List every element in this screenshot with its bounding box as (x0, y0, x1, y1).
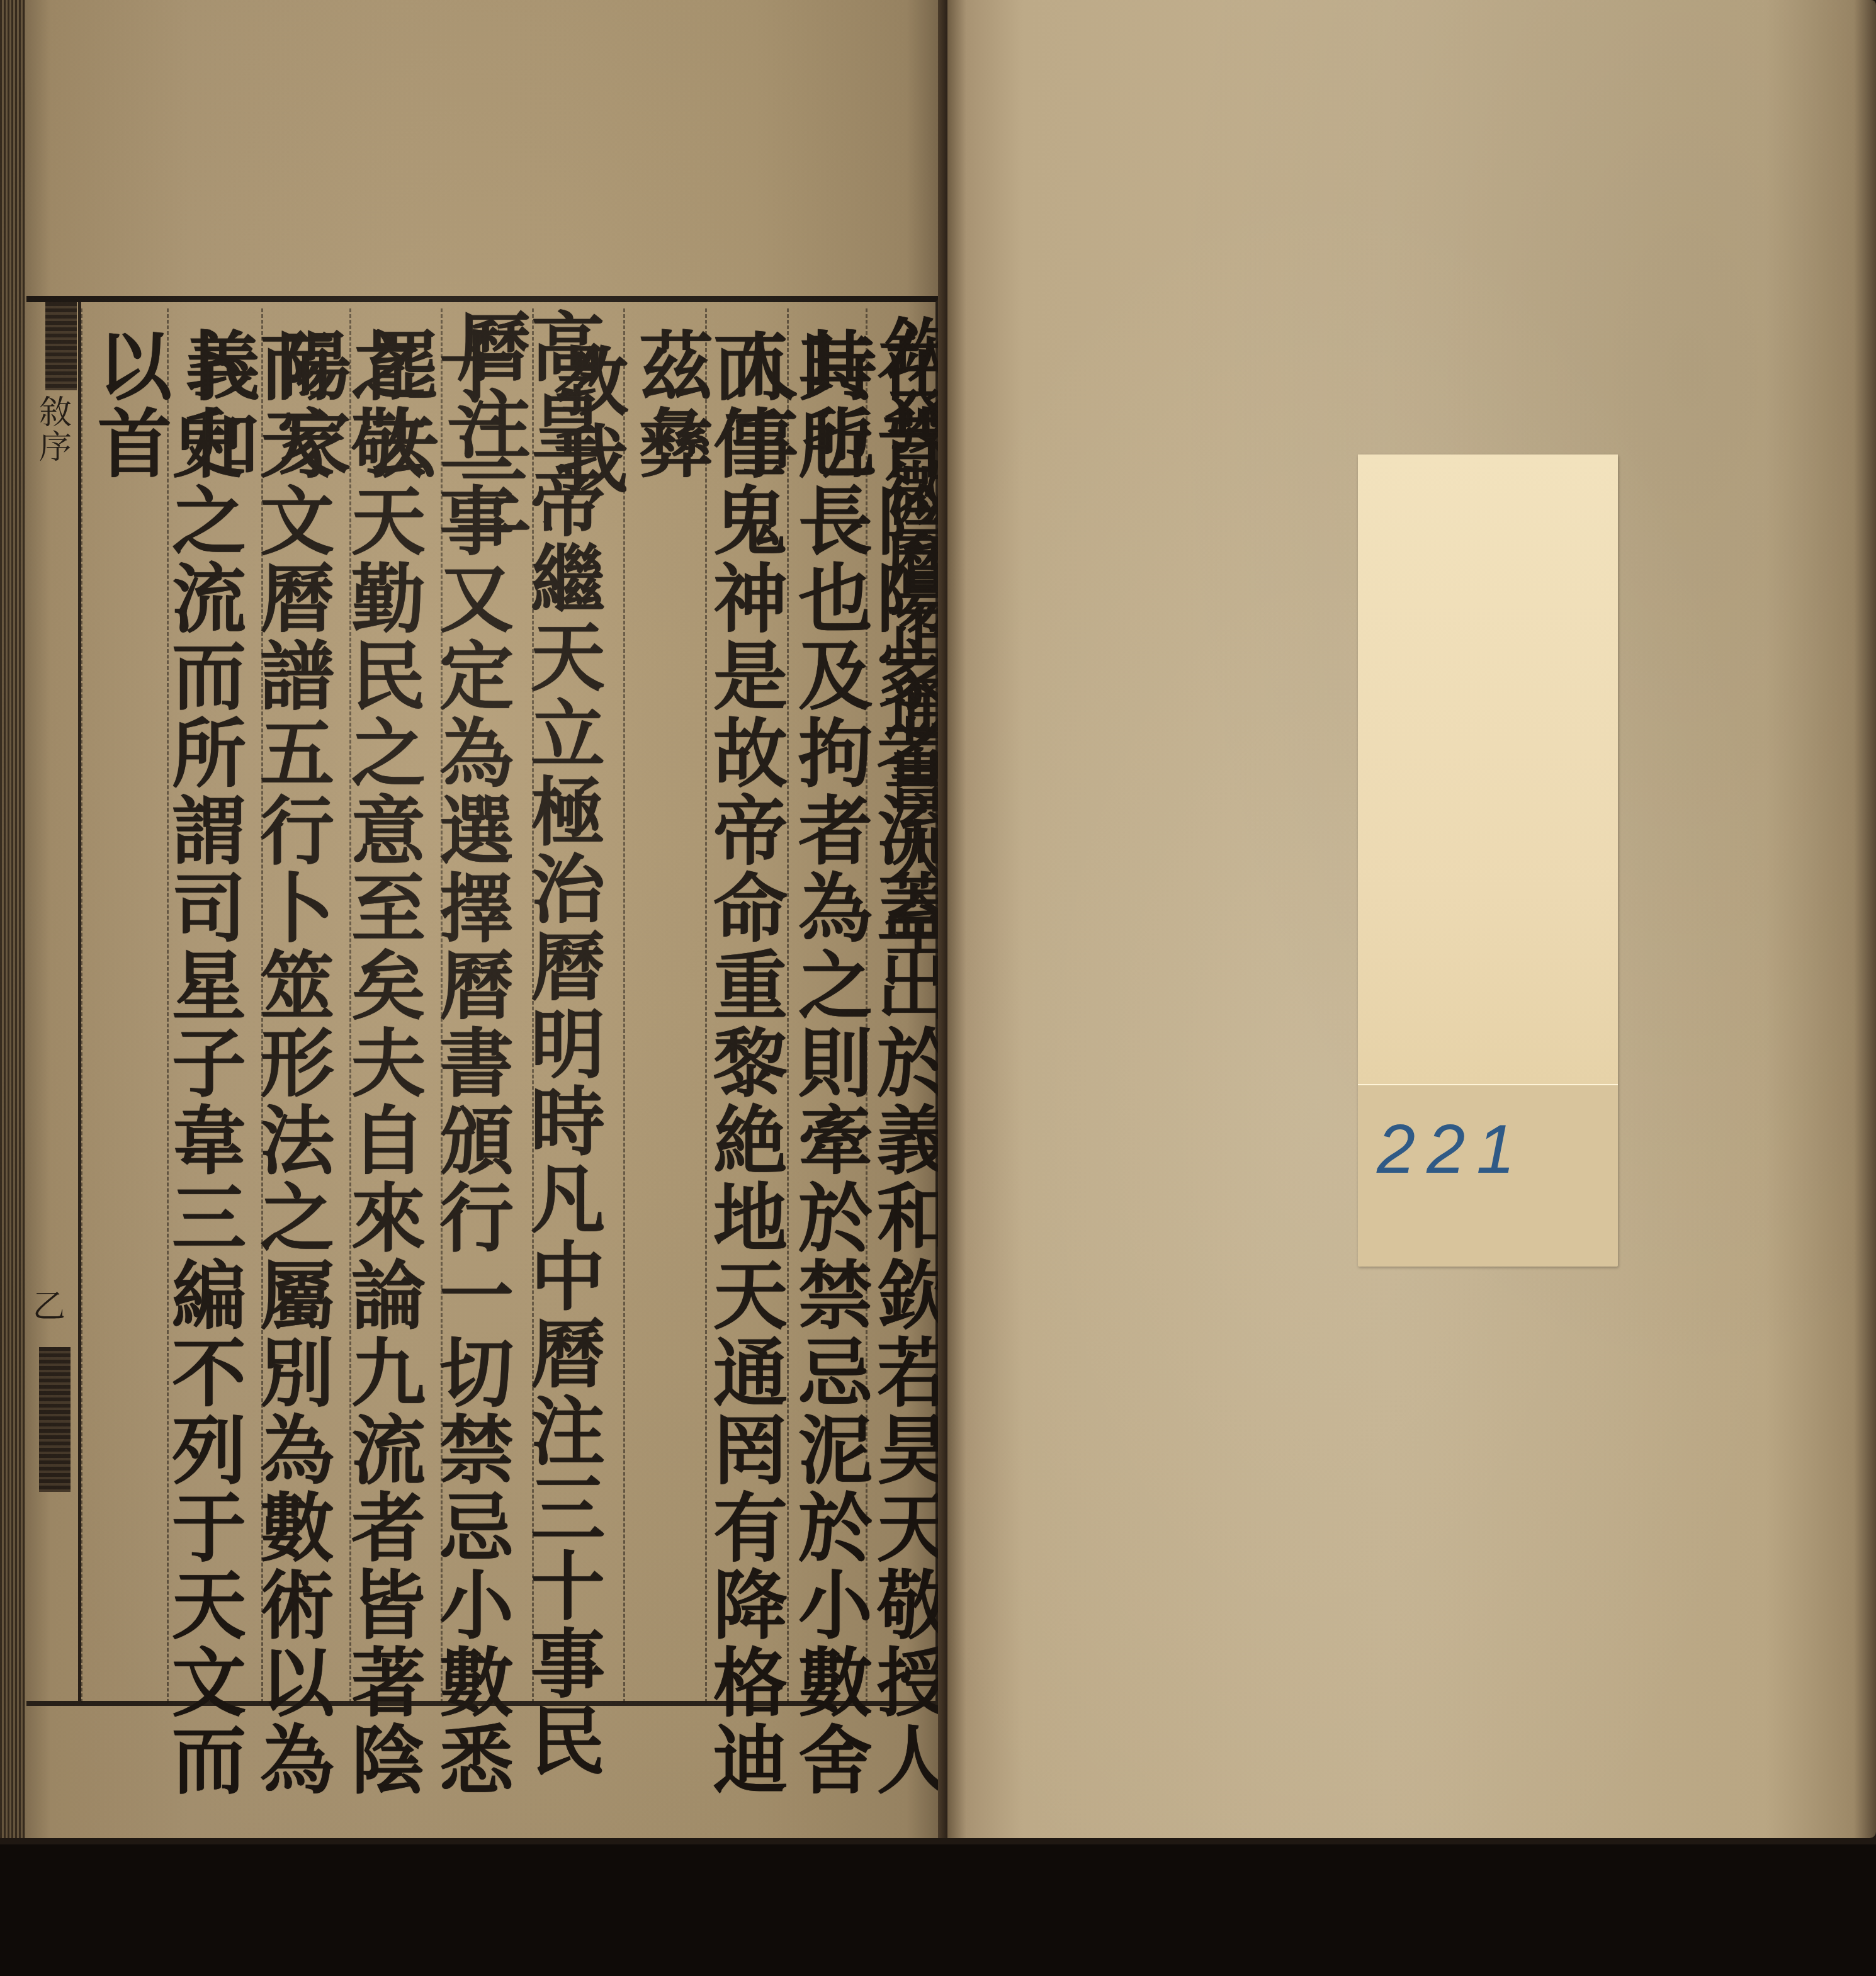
text-column-6: 十二事又定為選擇曆書頒行一切禁忌小數悉罷去 (359, 327, 507, 1838)
column-rule (787, 308, 789, 1703)
section-mark: 序 (39, 431, 72, 464)
page-edge-stack (0, 0, 25, 1838)
text-column-3: 而任鬼神是故帝命重黎絶地天通罔有降格迪茲彝 (633, 327, 781, 1838)
text-column-5: 高皇帝繼天立極治曆明時凡中曆注三十事民曆注三 (450, 308, 599, 1838)
column-rule (261, 308, 263, 1703)
printed-frame (26, 296, 941, 1706)
column-rule (441, 308, 443, 1703)
leaf-mark: 乙 (33, 1290, 65, 1323)
text-column-1: 在昔陰陽家者流蓋出於義和欽若昊天敬授人時也 (796, 327, 945, 1838)
label-blank-area (1358, 454, 1618, 1085)
punctuation-mark: 、 (541, 485, 579, 539)
column-rule (349, 308, 351, 1703)
column-rule (167, 308, 169, 1703)
column-rule (81, 308, 82, 1703)
fish-tail-bottom-mark (39, 1347, 71, 1492)
column-rule (623, 308, 625, 1703)
column-rule (705, 308, 707, 1703)
book-title-column: 欽發微曆正通書大全 (878, 315, 946, 961)
left-page: 敘 序 乙 欽發微曆正通書大全 在昔陰陽家者流蓋出於義和欽若昊天敬授人時也 其所… (0, 0, 944, 1838)
fish-tail-top-mark (45, 302, 77, 390)
section-mark-top: 敘 (39, 397, 72, 429)
text-column-8: 而天文曆譜五行卜筮形法之屬別為數術以為義和 (179, 327, 328, 1838)
text-column-9: 卜史之流而所謂司星子韋三編不列于天文而以首 (91, 327, 240, 1838)
catalog-label-slip: 221 (1358, 454, 1618, 1267)
banxin-center-margin: 敘 序 乙 (26, 302, 81, 1703)
catalog-number: 221 (1377, 1109, 1527, 1189)
text-column-4: 教我 (548, 343, 622, 498)
text-column-7: 之敬天勤民之意至矣夫自來論九流者皆著陰陽家 (271, 327, 419, 1838)
scan-bottom-margin (0, 1844, 1876, 1976)
column-rule (866, 308, 867, 1703)
column-rule (532, 308, 534, 1703)
text-column-2: 其所長也及拘者為之則牽於禁忌泥於小數舍人事 (718, 327, 866, 1838)
